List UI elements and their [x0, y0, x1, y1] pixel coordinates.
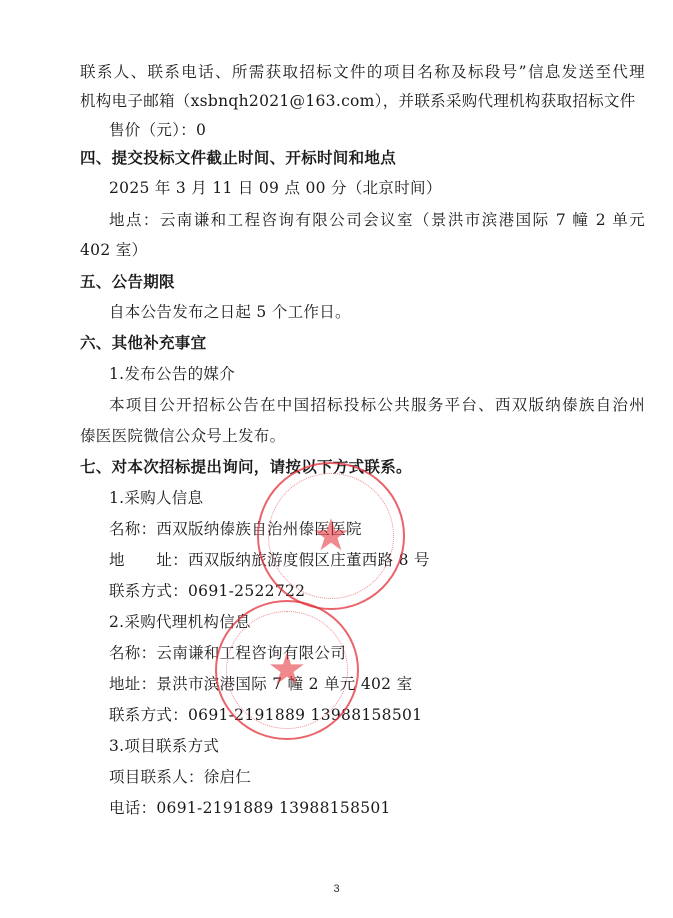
notice-period-line: 自本公告发布之日起 5 个工作日。 [109, 302, 645, 322]
location-line-cont: 402 室） [80, 240, 645, 260]
project-contact-person: 项目联系人：徐启仁 [109, 767, 645, 787]
subheading-project-contact: 3.项目联系方式 [109, 736, 645, 756]
paragraph-line: 机构电子邮箱（xsbnqh2021@163.com），并联系采购代理机构获取招标… [80, 91, 645, 111]
document-page: 联系人、联系电话、所需获取招标文件的项目名称及标段号”信息发送至代理 机构电子邮… [0, 0, 673, 918]
section-heading-6: 六、其他补充事宜 [80, 333, 645, 353]
subheading-media: 1.发布公告的媒介 [109, 364, 645, 384]
paragraph-line: 本项目公开招标公告在中国招标投标公共服务平台、西双版纳傣族自治州 [109, 395, 645, 415]
subheading-purchaser: 1.采购人信息 [109, 488, 645, 508]
paragraph-line: 傣医医院微信公众号上发布。 [80, 426, 645, 446]
agency-name: 名称：云南谦和工程咨询有限公司 [109, 643, 645, 663]
agency-address: 地址：景洪市滨港国际 7 幢 2 单元 402 室 [109, 674, 645, 694]
purchaser-name: 名称：西双版纳傣族自治州傣医医院 [109, 519, 645, 539]
purchaser-contact: 联系方式：0691-2522722 [109, 581, 645, 601]
section-heading-5: 五、公告期限 [80, 272, 645, 292]
paragraph-line: 联系人、联系电话、所需获取招标文件的项目名称及标段号”信息发送至代理 [80, 62, 645, 82]
agency-contact: 联系方式：0691-2191889 13988158501 [109, 705, 645, 725]
section-heading-7: 七、对本次招标提出询问，请按以下方式联系。 [80, 457, 645, 477]
location-line: 地点：云南谦和工程咨询有限公司会议室（景洪市滨港国际 7 幢 2 单元 [109, 210, 645, 230]
project-contact-phone: 电话：0691-2191889 13988158501 [109, 798, 645, 818]
page-number: 3 [0, 883, 673, 895]
section-heading-4: 四、提交投标文件截止时间、开标时间和地点 [80, 148, 645, 168]
subheading-agency: 2.采购代理机构信息 [109, 612, 645, 632]
price-line: 售价（元）：0 [109, 120, 645, 140]
purchaser-address: 地 址：西双版纳旅游度假区庄董西路 8 号 [109, 550, 645, 570]
deadline-line: 2025 年 3 月 11 日 09 点 00 分（北京时间） [109, 178, 645, 198]
